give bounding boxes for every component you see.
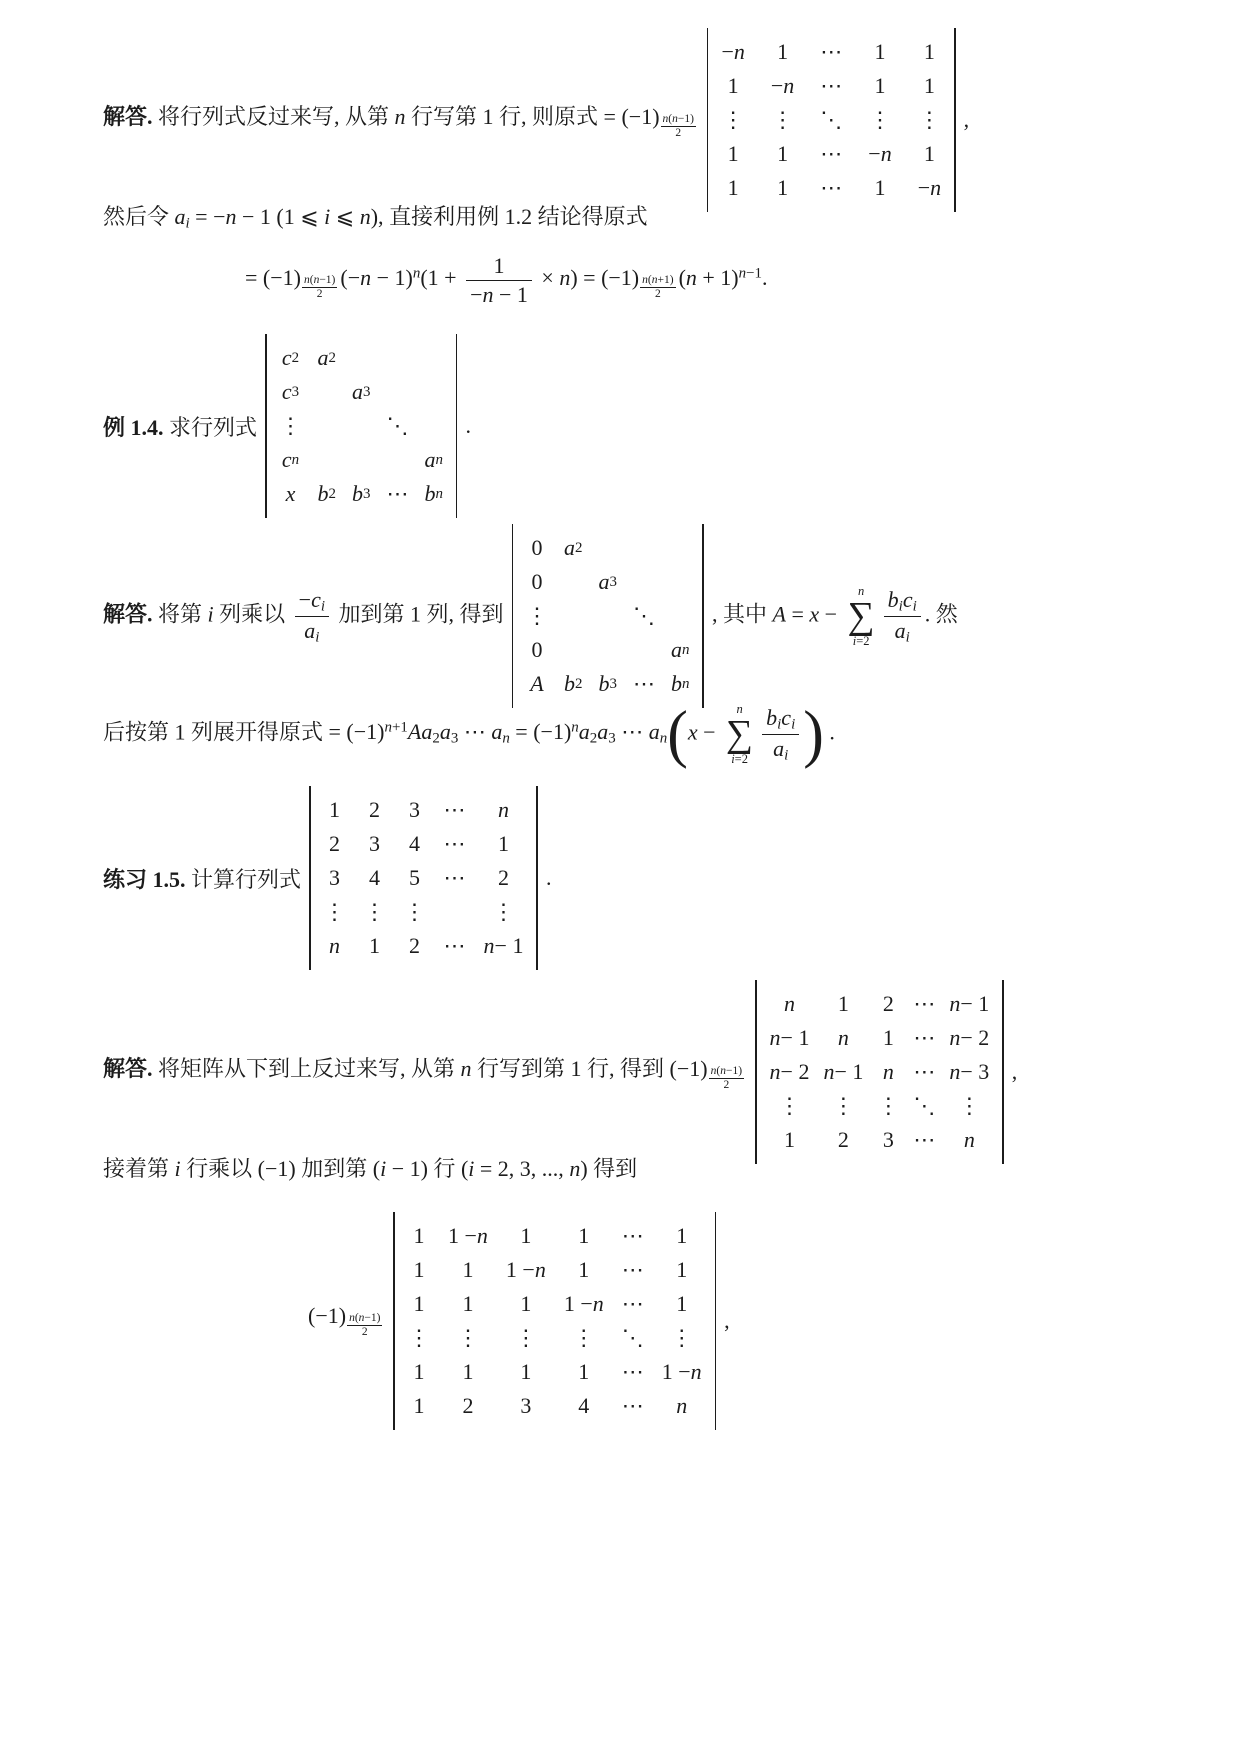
then-let-text: 然后令 ai = −n − 1 (1 ⩽ i ⩽ n), 直接利用例 1.2 结… [103,200,648,232]
solution-2-text: 解答. 将第 i 列乘以 −ciai 加到第 1 列, 得到 [103,586,504,647]
solution-1-paragraph: 解答. 将行列式反过来写, 从第 n 行写第 1 行, 则原式 = (−1)n(… [103,28,969,212]
final-sign-factor: (−1)n(n−1)2 [308,1303,385,1339]
expand-column-text: 后按第 1 列展开得原式 = (−1)n+1Aa2a3 ⋯ an = (−1)n… [103,702,835,767]
solution-3-text: 解答. 将矩阵从下到上反过来写, 从第 n 行写到第 1 行, 得到 (−1)n… [103,1052,747,1092]
solution-1-trailing-comma: , [964,107,970,133]
solution-3-paragraph: 解答. 将矩阵从下到上反过来写, 从第 n 行写到第 1 行, 得到 (−1)n… [103,980,1017,1164]
determinant-solution-3: n12⋯n − 1n − 1n1⋯n − 2n − 2n − 1n⋯n − 3⋮… [755,980,1004,1164]
solution-3-trailing-comma: , [1012,1059,1018,1085]
row-add-line: 接着第 i 行乘以 (−1) 加到第 (i − 1) 行 (i = 2, 3, … [103,1152,637,1183]
example-1-4-trailing-period: . [465,413,471,439]
solution-2-where-clause: , 其中 A = x − n∑i=2biciai. 然 [712,584,958,649]
final-trailing-comma: , [724,1308,730,1334]
example-1-4-label: 例 1.4. 求行列式 [103,411,257,442]
exercise-1-5-paragraph: 练习 1.5. 计算行列式 123⋯n234⋯1345⋯2⋮⋮⋮⋮n12⋯n −… [103,786,551,970]
exercise-1-5-trailing-period: . [546,865,552,891]
solution-1-text: 解答. 将行列式反过来写, 从第 n 行写第 1 行, 则原式 = (−1)n(… [103,100,699,140]
expand-column-line: 后按第 1 列展开得原式 = (−1)n+1Aa2a3 ⋯ an = (−1)n… [103,702,835,767]
then-let-line: 然后令 ai = −n − 1 (1 ⩽ i ⩽ n), 直接利用例 1.2 结… [103,200,648,232]
determinant-exercise-1-5: 123⋯n234⋯1345⋯2⋮⋮⋮⋮n12⋯n − 1 [309,786,538,970]
display-equation-1: = (−1)n(n−1)2(−n − 1)n(1 + 1−n − 1 × n) … [245,252,768,308]
determinant-solution-2: 0a20a3⋮⋱0anAb2b3⋯bn [512,524,704,708]
equation-1-text: = (−1)n(n−1)2(−n − 1)n(1 + 1−n − 1 × n) … [245,252,768,308]
document-page: 解答. 将行列式反过来写, 从第 n 行写第 1 行, 则原式 = (−1)n(… [0,0,1241,1754]
exercise-1-5-label: 练习 1.5. 计算行列式 [103,863,301,894]
row-add-text: 接着第 i 行乘以 (−1) 加到第 (i − 1) 行 (i = 2, 3, … [103,1152,637,1183]
determinant-final: 11 − n11⋯1111 − n1⋯11111 − n⋯1⋮⋮⋮⋮⋱⋮1111… [393,1212,716,1430]
solution-2-paragraph: 解答. 将第 i 列乘以 −ciai 加到第 1 列, 得到 0a20a3⋮⋱0… [103,524,958,708]
determinant-negative-n-matrix: −n1⋯111−n⋯11⋮⋮⋱⋮⋮11⋯−n111⋯1−n [707,28,956,212]
determinant-example-1-4: c2a2c3a3⋮⋱cnanxb2b3⋯bn [265,334,457,518]
example-1-4-paragraph: 例 1.4. 求行列式 c2a2c3a3⋮⋱cnanxb2b3⋯bn . [103,334,471,518]
final-display: (−1)n(n−1)2 11 − n11⋯1111 − n1⋯11111 − n… [308,1212,730,1430]
